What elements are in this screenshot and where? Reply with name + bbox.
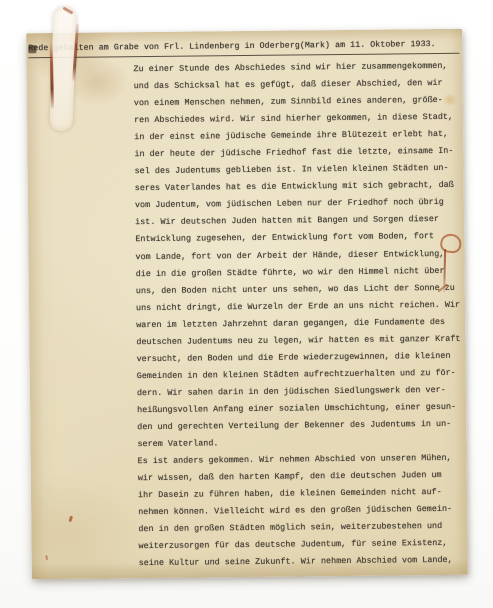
rust-speck	[45, 555, 48, 560]
rust-speck	[68, 516, 73, 523]
overstrike-mark	[28, 45, 36, 53]
scan-background: Rede gehalten am Grabe von Frl. Lindenbe…	[0, 0, 493, 608]
body-line: seine Kultur und seine Zukunft. Wir nehm…	[139, 552, 467, 572]
tape-rust-streak-top	[62, 7, 73, 15]
typewritten-body: Zu einer Stunde des Abschiedes sind wir …	[133, 58, 466, 573]
document-title: Rede gehalten am Grabe von Frl. Lindenbe…	[28, 39, 459, 59]
tape-rust-streak-left	[50, 43, 54, 109]
paper-tape-repair	[49, 7, 76, 132]
scanned-paper-page: Rede gehalten am Grabe von Frl. Lindenbe…	[26, 29, 468, 580]
body-line: den und gerechten Verteilung der Bekenne…	[137, 416, 465, 436]
